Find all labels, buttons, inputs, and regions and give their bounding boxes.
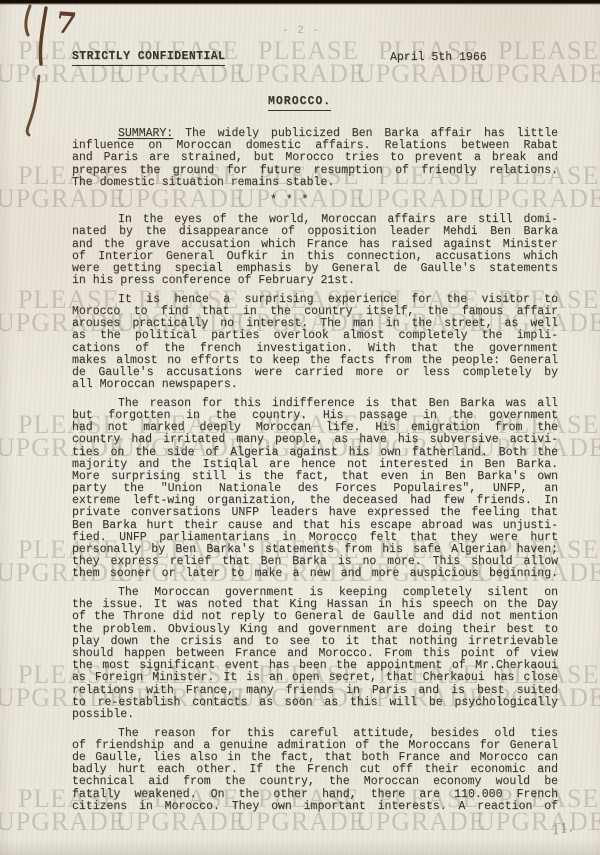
section-separator: * * * (72, 195, 558, 207)
body-line: The domestic situation remains stable. (72, 177, 558, 189)
body-line: as Foreign Minister. It is an open secre… (72, 672, 558, 684)
body-line: to re-establish contacts as soon as this… (72, 697, 558, 709)
body-line: possible. (72, 709, 558, 721)
body-line: in his press conference of February 21st… (72, 275, 558, 287)
summary-paragraph: SUMMARY: The widely publicized Ben Barka… (72, 128, 558, 189)
page-title: MOROCCO. (268, 95, 331, 111)
body-line: cations of the french investigation. Wit… (72, 343, 558, 355)
document-body: SUMMARY: The widely publicized Ben Barka… (72, 128, 558, 819)
body-line: technical aid from the country, the Moro… (72, 776, 558, 788)
body-line: all Moroccan newspapers. (72, 379, 558, 391)
paragraph: The reason for this indifference is that… (72, 398, 558, 581)
body-line: prepares the ground for future resumptio… (72, 165, 558, 177)
body-line: as the political parties overlook almost… (72, 330, 558, 342)
body-line: and the grave accusation which France ha… (72, 239, 558, 251)
paragraph: In the eyes of the world, Moroccan affai… (72, 214, 558, 287)
document-date: April 5th 1966 (390, 51, 487, 64)
body-line: of the Throne did not reply to General d… (72, 611, 558, 623)
summary-first-line: The widely publicized Ben Barka affair h… (173, 127, 558, 140)
body-line: country had irritated many people, as ha… (72, 434, 558, 446)
body-line: private conversations UNFP leaders have … (72, 507, 558, 519)
paragraphs-container: In the eyes of the world, Moroccan affai… (72, 214, 558, 813)
body-line: citizens in Morocco. They own important … (72, 801, 558, 813)
page-number: - 2 - (282, 25, 320, 37)
body-line: the problem. Obviously King and governme… (72, 624, 558, 636)
paragraph: It is hence a surprising experience for … (72, 294, 558, 392)
paragraph: The reason for this careful attitude, be… (72, 728, 558, 813)
body-line: relations with France, many friends in P… (72, 685, 558, 697)
body-line: fatally weakened. On the other hand, the… (72, 789, 558, 801)
watermark-word: PLEASE (258, 36, 359, 66)
classification-stamp: STRICTLY CONFIDENTIAL (72, 50, 225, 66)
body-line: nated by the disappearance of opposition… (72, 226, 558, 238)
body-line: ties on the side of Algeria against his … (72, 447, 558, 459)
watermark-word: UPGRADE (236, 59, 366, 89)
summary-label: SUMMARY: (118, 127, 173, 140)
body-line: Ben Barka hurt their cause and that his … (72, 520, 558, 532)
watermark-word: UPGRADE (476, 59, 600, 89)
pencil-note: 11. (551, 820, 574, 838)
body-line: and Paris are strained, but Morocco trie… (72, 152, 558, 164)
body-line: The reason for this careful attitude, be… (72, 728, 558, 740)
paragraph: The Moroccan government is keeping compl… (72, 587, 558, 721)
body-line: them sooner or later to make a new and m… (72, 568, 558, 580)
document-page: PLEASEUPGRADEPLEASEUPGRADEPLEASEUPGRADEP… (0, 0, 600, 855)
watermark-word: PLEASE (498, 36, 599, 66)
